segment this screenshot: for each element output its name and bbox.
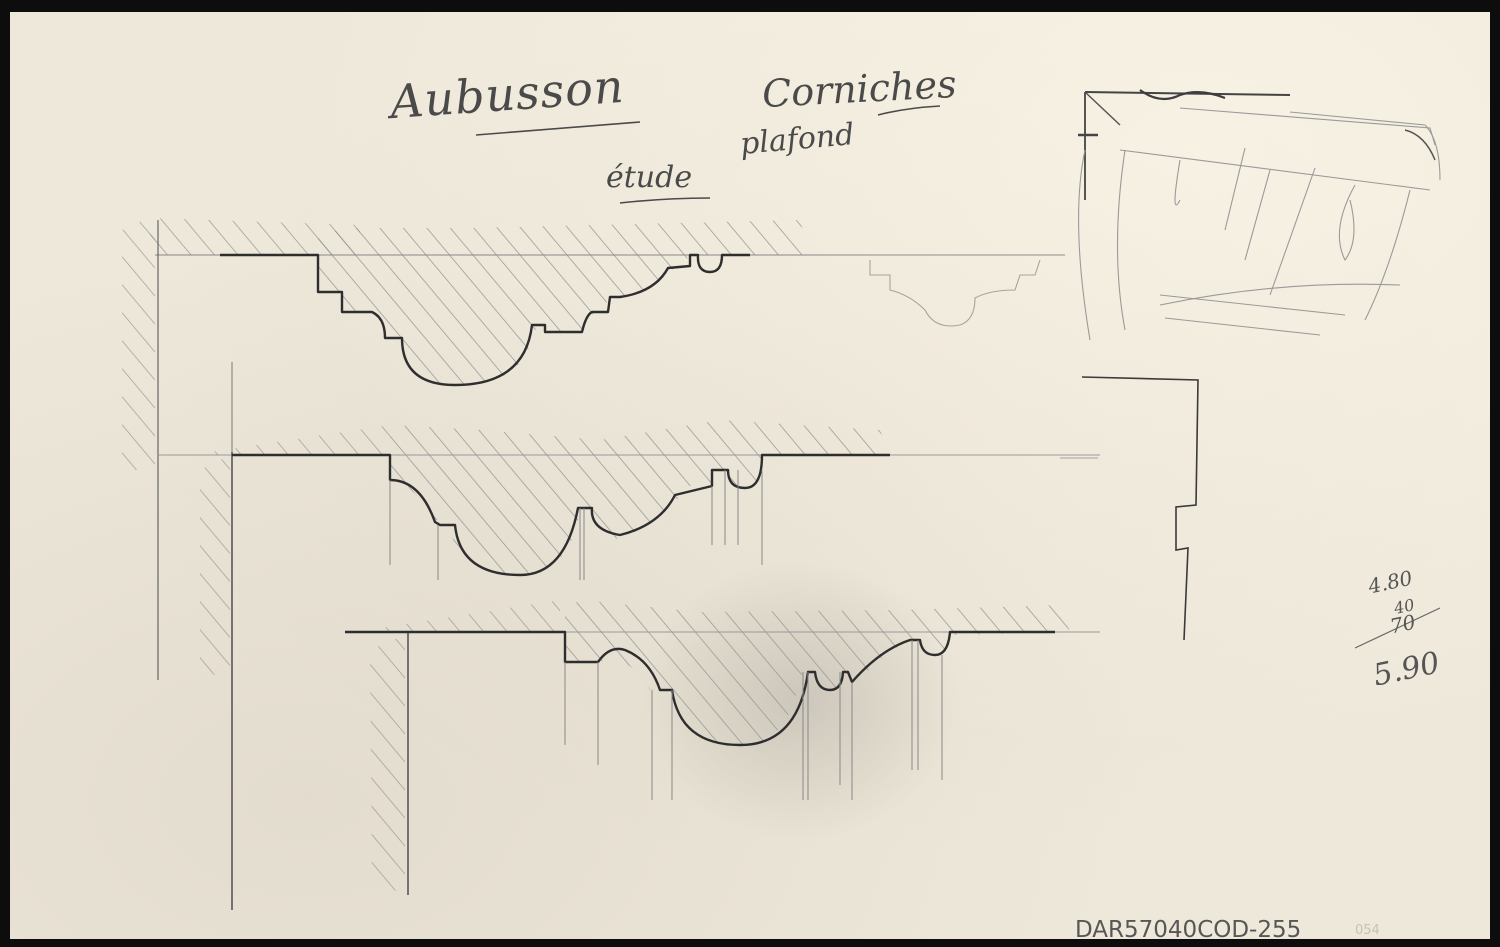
cornice-profile-3 [345,560,1100,895]
title-underlines [476,106,940,203]
archive-sub-mark: 054 [1355,923,1380,938]
archive-code: DAR57040COD-255 [1075,917,1301,939]
faint-profile-sketch [860,255,1065,326]
wall-section-sketch [1060,377,1198,640]
subtitle-etude: étude [606,160,692,195]
paper-sheet: Aubusson Corniches plafond étude 4.80 40… [10,12,1490,939]
ceiling-perspective-sketch [1078,90,1440,340]
